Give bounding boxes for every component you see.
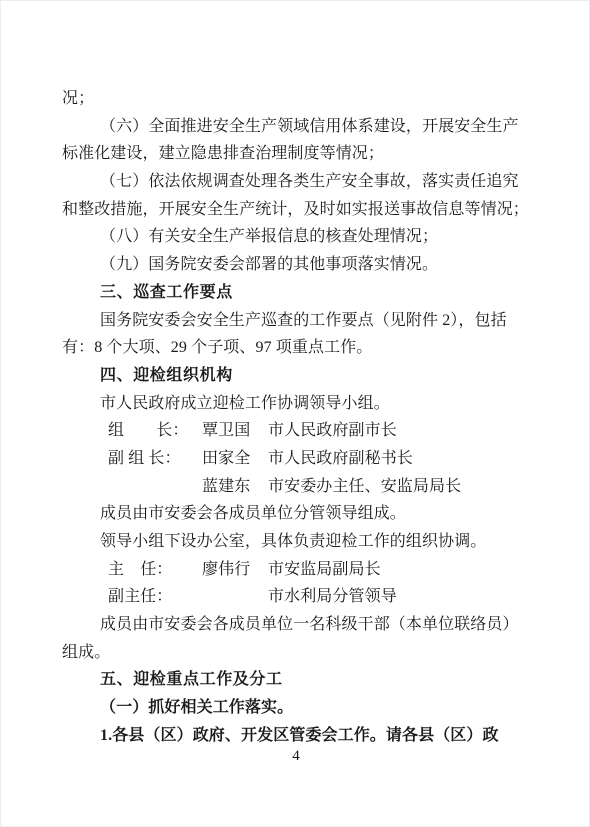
roster-row: 组 长：覃卫国市人民政府副市长 — [62, 417, 530, 445]
text-line: 况； — [62, 85, 530, 113]
roster-name: 蓝建东 — [202, 473, 268, 501]
text-line: 组成。 — [62, 639, 530, 667]
text-line: （六）全面推进安全生产领域信用体系建设，开展安全生产 — [62, 113, 530, 141]
roster-label: 主 任： — [108, 556, 202, 584]
document-page: 况；（六）全面推进安全生产领域信用体系建设，开展安全生产标准化建设，建立隐患排查… — [0, 0, 590, 827]
text-line: 成员由市安委会各成员单位一名科级干部（本单位联络员） — [62, 611, 530, 639]
heading-line: 四、迎检组织机构 — [62, 362, 530, 390]
roster-title: 市人民政府副市长 — [268, 417, 397, 445]
text-line: 市人民政府成立迎检工作协调领导小组。 — [62, 390, 530, 418]
roster-label: 副 组 长： — [108, 445, 202, 473]
roster-label: 组 长： — [108, 417, 202, 445]
heading-line: 三、巡查工作要点 — [62, 279, 530, 307]
text-line: 标准化建设，建立隐患排查治理制度等情况； — [62, 140, 530, 168]
roster-name: 覃卫国 — [202, 417, 268, 445]
text-line: （九）国务院安委会部署的其他事项落实情况。 — [62, 251, 530, 279]
heading-line: 五、迎检重点工作及分工 — [62, 666, 530, 694]
roster-title: 市水利局分管领导 — [268, 583, 397, 611]
roster-name: 廖伟行 — [202, 556, 268, 584]
text-line: 领导小组下设办公室，具体负责迎检工作的组织协调。 — [62, 528, 530, 556]
roster-title: 市安监局副局长 — [268, 556, 381, 584]
roster-label: 副主任： — [108, 583, 202, 611]
text-line: 国务院安委会安全生产巡查的工作要点（见附件 2），包括 — [62, 307, 530, 335]
roster-title: 市人民政府副秘书长 — [268, 445, 413, 473]
roster-name: 田家全 — [202, 445, 268, 473]
page-number: 4 — [1, 746, 590, 766]
text-line: （八）有关安全生产举报信息的核查处理情况； — [62, 223, 530, 251]
roster-row: 蓝建东市安委办主任、安监局局长 — [62, 473, 530, 501]
text-line: 和整改措施，开展安全生产统计，及时如实报送事故信息等情况； — [62, 196, 530, 224]
roster-row: 副主任：市水利局分管领导 — [62, 583, 530, 611]
text-line: 有：8 个大项、29 个子项、97 项重点工作。 — [62, 334, 530, 362]
roster-title: 市安委办主任、安监局局长 — [268, 473, 461, 501]
roster-row: 副 组 长：田家全市人民政府副秘书长 — [62, 445, 530, 473]
text-line: 成员由市安委会各成员单位分管领导组成。 — [62, 500, 530, 528]
text-line: （七）依法依规调查处理各类生产安全事故，落实责任追究 — [62, 168, 530, 196]
document-body: 况；（六）全面推进安全生产领域信用体系建设，开展安全生产标准化建设，建立隐患排查… — [62, 85, 530, 750]
roster-name — [202, 583, 268, 611]
heading-line: （一）抓好相关工作落实。 — [62, 694, 530, 722]
roster-row: 主 任：廖伟行市安监局副局长 — [62, 556, 530, 584]
roster-label — [108, 473, 202, 501]
